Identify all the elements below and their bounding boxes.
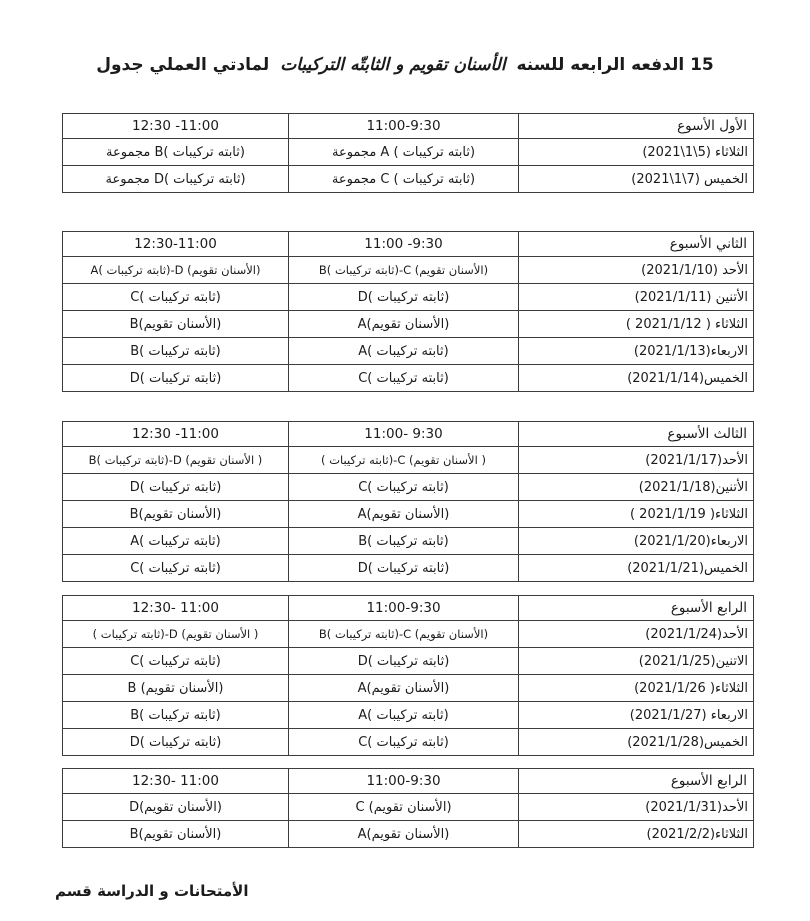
slot-late-cell: ‎B( ‎تركيبات ‎ثابته) bbox=[63, 338, 289, 365]
slot-early-cell: ‎B( ‎تركيبات ‎ثابته)-C ‎(تقويم ‎الأسنان) bbox=[289, 257, 519, 284]
slot-late-cell: ‎C( ‎تركيبات ‎ثابته) bbox=[63, 284, 289, 311]
time-late-header: 12:30 -11:00 bbox=[63, 114, 289, 139]
slot-early-cell: ‎A( ‎تركيبات ‎ثابته) bbox=[289, 702, 519, 729]
slot-early-cell: ‎C( ‎تركيبات ‎ثابته) bbox=[289, 729, 519, 756]
time-late-header: 12:30- 11:00 bbox=[63, 596, 289, 621]
schedule-row: ‎B( ‎تركيبات ‎ثابته)-D ‎(تقويم ‎الأسنان … bbox=[63, 447, 754, 474]
day-date-cell: الاتنين(2021/1/25) bbox=[519, 648, 754, 675]
slot-late-cell: ‎D( ‎تركيبات ‎ثابته) bbox=[63, 729, 289, 756]
day-date-cell: الاربعاء(2021/1/13) bbox=[519, 338, 754, 365]
slot-early-cell: ‎B( ‎تركيبات ‎ثابته)-C ‎(تقويم ‎الأسنان) bbox=[289, 621, 519, 648]
slot-early-cell: ‎C( ‎تركيبات ‎ثابته) bbox=[289, 474, 519, 501]
time-late-header: 12:30 -11:00 bbox=[63, 422, 289, 447]
slot-early-cell: ‎D( ‎تركيبات ‎ثابته) bbox=[289, 284, 519, 311]
day-date-cell: الخميس (7\1\2021) bbox=[519, 166, 754, 193]
schedule-row: ‎B( ‎تركيبات ‎ثابته)‎A( ‎تركيبات ‎ثابته)… bbox=[63, 702, 754, 729]
slot-late-cell: ‎B(تقويم ‎الأسنان) bbox=[63, 821, 289, 848]
slot-late-cell: ‎B(تقويم ‎الأسنان) bbox=[63, 311, 289, 338]
title-subject: ‎التركيبات ‎الثابتّه ‎و ‎تقويم ‎الأسنان bbox=[275, 55, 510, 75]
day-date-cell: الأتنين(2021/1/18) bbox=[519, 474, 754, 501]
day-date-cell: الثلاثاء(2021/2/2) bbox=[519, 821, 754, 848]
slot-early-cell: ‎B( ‎تركيبات ‎ثابته) bbox=[289, 528, 519, 555]
day-date-cell: الخميس(2021/1/14) bbox=[519, 365, 754, 392]
slot-late-cell: ‎C( ‎تركيبات ‎ثابته) bbox=[63, 555, 289, 582]
slot-early-cell: ‎A(تقويم ‎الأسنان) bbox=[289, 311, 519, 338]
slot-late-cell: ‎B ‎(تقويم ‎الأسنان) bbox=[63, 675, 289, 702]
slot-early-cell: ‎A(تقويم ‎الأسنان) bbox=[289, 675, 519, 702]
schedule-row: ‎B(تقويم ‎الأسنان)‎A(تقويم ‎الأسنان)الثل… bbox=[63, 821, 754, 848]
slot-early-cell: ‎C ‎(تقويم ‎الأسنان) bbox=[289, 794, 519, 821]
slot-late-cell: ‎مجموعة ‎D( ‎تركيبات ‎ثابته) bbox=[63, 166, 289, 193]
day-date-cell: الأحد(2021/1/17) bbox=[519, 447, 754, 474]
page-title: ‎جدول ‎العملي ‎لمادتي ‎التركيبات ‎الثابت… bbox=[0, 55, 810, 75]
week-2-table: 12:30-11:0011:00 -9:30‎الأسبوع ‎الثاني‎A… bbox=[62, 231, 753, 392]
day-date-cell: الأحد (2021/1/10) bbox=[519, 257, 754, 284]
time-early-header: 11:00-9:30 bbox=[289, 769, 519, 794]
schedule-row: ‎C( ‎تركيبات ‎ثابته)‎D( ‎تركيبات ‎ثابته)… bbox=[63, 555, 754, 582]
week-1-table: 12:30 -11:0011:00-9:30‎الأسوع ‎الأول‎مجم… bbox=[62, 113, 753, 193]
time-early-header: 11:00- 9:30 bbox=[289, 422, 519, 447]
slot-early-cell: ‎C( ‎تركيبات ‎ثابته) bbox=[289, 365, 519, 392]
slot-early-cell: ‎مجموعة ‎C ‎( ‎تركيبات ‎ثابته) bbox=[289, 166, 519, 193]
schedule-row: ‎B(تقويم ‎الأسنان)‎A(تقويم ‎الأسنان)الثل… bbox=[63, 311, 754, 338]
time-late-header: 12:30- 11:00 bbox=[63, 769, 289, 794]
week-label-cell: ‎الأسبوع ‎الثاني bbox=[519, 232, 754, 257]
schedule-table-week-1: 12:30 -11:0011:00-9:30‎الأسوع ‎الأول‎مجم… bbox=[62, 113, 754, 193]
schedule-row: ‎B(تقويم ‎الأسنان)‎A(تقويم ‎الأسنان)الثل… bbox=[63, 501, 754, 528]
title-suffix: ‎للسنه ‎الرابعه ‎الدفعه ‎15 bbox=[516, 55, 713, 75]
day-date-cell: الاربعاء (2021/1/27) bbox=[519, 702, 754, 729]
week-5-table: 12:30- 11:0011:00-9:30‎الأسبوع ‎الرابع‎D… bbox=[62, 768, 753, 848]
slot-early-cell: ‎A(تقويم ‎الأسنان) bbox=[289, 501, 519, 528]
day-date-cell: الثلاثاء( 2021/1/19 ) bbox=[519, 501, 754, 528]
time-early-header: 11:00-9:30 bbox=[289, 596, 519, 621]
slot-early-cell: ‎مجموعة ‎A ‎( ‎تركيبات ‎ثابته) bbox=[289, 139, 519, 166]
slot-early-cell: ‎D( ‎تركيبات ‎ثابته) bbox=[289, 555, 519, 582]
week-label-cell: ‎الأسبوع ‎الرابع bbox=[519, 596, 754, 621]
schedule-row: ‎D( ‎تركيبات ‎ثابته)‎C( ‎تركيبات ‎ثابته)… bbox=[63, 729, 754, 756]
time-late-header: 12:30-11:00 bbox=[63, 232, 289, 257]
schedule-row: ‎مجموعة ‎B( ‎تركيبات ‎ثابته)‎مجموعة ‎A ‎… bbox=[63, 139, 754, 166]
title-prefix: ‎جدول ‎العملي ‎لمادتي bbox=[96, 55, 269, 75]
slot-early-cell: ‎A(تقويم ‎الأسنان) bbox=[289, 821, 519, 848]
week-3-table: 12:30 -11:0011:00- 9:30‎الأسبوع ‎الثالث‎… bbox=[62, 421, 753, 582]
slot-late-cell: ‎B( ‎تركيبات ‎ثابته)-D ‎(تقويم ‎الأسنان … bbox=[63, 447, 289, 474]
day-date-cell: الثلاثاء ( 2021/1/12 ) bbox=[519, 311, 754, 338]
schedule-row: ‎D( ‎تركيبات ‎ثابته)‎C( ‎تركيبات ‎ثابته)… bbox=[63, 474, 754, 501]
day-date-cell: الخميس(2021/1/28) bbox=[519, 729, 754, 756]
schedule-row: ‎C( ‎تركيبات ‎ثابته)‎D( ‎تركيبات ‎ثابته)… bbox=[63, 648, 754, 675]
schedule-row: ‎D( ‎تركيبات ‎ثابته)‎C( ‎تركيبات ‎ثابته)… bbox=[63, 365, 754, 392]
schedule-table-week-4: 12:30- 11:0011:00-9:30‎الأسبوع ‎الرابع‎(… bbox=[62, 595, 754, 756]
day-date-cell: الأحد(2021/1/24) bbox=[519, 621, 754, 648]
day-date-cell: الاربعاء(2021/1/20) bbox=[519, 528, 754, 555]
schedule-row: ‎B ‎(تقويم ‎الأسنان)‎A(تقويم ‎الأسنان)ال… bbox=[63, 675, 754, 702]
week-label-cell: ‎الأسوع ‎الأول bbox=[519, 114, 754, 139]
slot-late-cell: ‎( ‎تركيبات ‎ثابته)-D ‎(تقويم ‎الأسنان ‎… bbox=[63, 621, 289, 648]
week-label-cell: ‎الأسبوع ‎الرابع bbox=[519, 769, 754, 794]
slot-late-cell: ‎B(تقويم ‎الأسنان) bbox=[63, 501, 289, 528]
time-early-header: 11:00-9:30 bbox=[289, 114, 519, 139]
week-label-cell: ‎الأسبوع ‎الثالث bbox=[519, 422, 754, 447]
schedule-row: ‎C( ‎تركيبات ‎ثابته)‎D( ‎تركيبات ‎ثابته)… bbox=[63, 284, 754, 311]
schedule-row: ‎( ‎تركيبات ‎ثابته)-D ‎(تقويم ‎الأسنان ‎… bbox=[63, 621, 754, 648]
slot-late-cell: ‎D( ‎تركيبات ‎ثابته) bbox=[63, 474, 289, 501]
day-date-cell: الأتنين (2021/1/11) bbox=[519, 284, 754, 311]
footer-department-note: ‎قسم ‎الدراسة ‎و ‎الأمتحانات bbox=[55, 882, 248, 900]
day-date-cell: الخميس(2021/1/21) bbox=[519, 555, 754, 582]
slot-early-cell: ‎D( ‎تركيبات ‎ثابته) bbox=[289, 648, 519, 675]
slot-late-cell: ‎A( ‎تركيبات ‎ثابته)-D ‎(تقويم ‎الأسنان) bbox=[63, 257, 289, 284]
day-date-cell: الثلاثاء (5\1\2021) bbox=[519, 139, 754, 166]
schedule-table-week-3: 12:30 -11:0011:00- 9:30‎الأسبوع ‎الثالث‎… bbox=[62, 421, 754, 582]
slot-late-cell: ‎C( ‎تركيبات ‎ثابته) bbox=[63, 648, 289, 675]
schedule-table-week-2: 12:30-11:0011:00 -9:30‎الأسبوع ‎الثاني‎A… bbox=[62, 231, 754, 392]
week-4-table: 12:30- 11:0011:00-9:30‎الأسبوع ‎الرابع‎(… bbox=[62, 595, 753, 756]
day-date-cell: الأحد(2021/1/31) bbox=[519, 794, 754, 821]
day-date-cell: الثلاثاء( 2021/1/26) bbox=[519, 675, 754, 702]
slot-early-cell: ‎A( ‎تركيبات ‎ثابته) bbox=[289, 338, 519, 365]
slot-late-cell: ‎A( ‎تركيبات ‎ثابته) bbox=[63, 528, 289, 555]
slot-early-cell: ‎( ‎تركيبات ‎ثابته)-C ‎(تقويم ‎الأسنان ‎… bbox=[289, 447, 519, 474]
schedule-row: ‎A( ‎تركيبات ‎ثابته)-D ‎(تقويم ‎الأسنان)… bbox=[63, 257, 754, 284]
time-early-header: 11:00 -9:30 bbox=[289, 232, 519, 257]
schedule-row: ‎B( ‎تركيبات ‎ثابته)‎A( ‎تركيبات ‎ثابته)… bbox=[63, 338, 754, 365]
schedule-table-week-5: 12:30- 11:0011:00-9:30‎الأسبوع ‎الرابع‎D… bbox=[62, 768, 754, 848]
slot-late-cell: ‎D( ‎تركيبات ‎ثابته) bbox=[63, 365, 289, 392]
schedule-row: ‎A( ‎تركيبات ‎ثابته)‎B( ‎تركيبات ‎ثابته)… bbox=[63, 528, 754, 555]
schedule-row: ‎D(تقويم ‎الأسنان)‎C ‎(تقويم ‎الأسنان)ال… bbox=[63, 794, 754, 821]
schedule-row: ‎مجموعة ‎D( ‎تركيبات ‎ثابته)‎مجموعة ‎C ‎… bbox=[63, 166, 754, 193]
slot-late-cell: ‎B( ‎تركيبات ‎ثابته) bbox=[63, 702, 289, 729]
slot-late-cell: ‎D(تقويم ‎الأسنان) bbox=[63, 794, 289, 821]
slot-late-cell: ‎مجموعة ‎B( ‎تركيبات ‎ثابته) bbox=[63, 139, 289, 166]
